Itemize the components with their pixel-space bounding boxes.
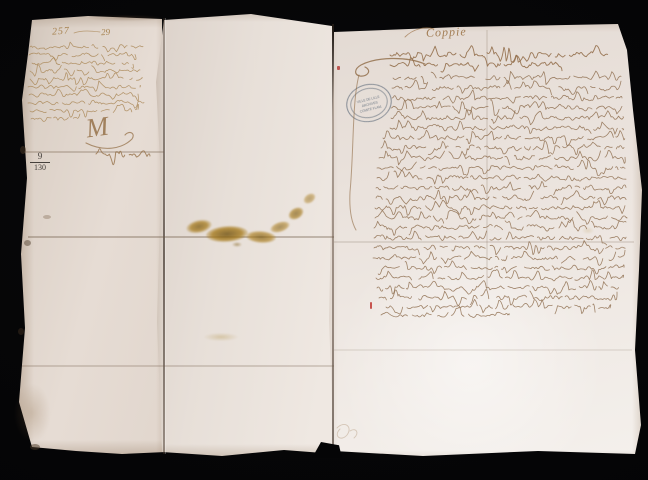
- handwriting-ink-layer: [0, 0, 648, 480]
- manuscript-photograph: VILLE DE LILLE ARCHIVES COMITÉ FLAM. 257…: [0, 0, 648, 480]
- body-handwriting: [373, 71, 627, 317]
- signature-handwriting: [96, 149, 150, 165]
- flourish-strokes: [74, 28, 434, 438]
- annotation-handwriting: [28, 42, 144, 121]
- salutation-handwriting: [390, 46, 608, 73]
